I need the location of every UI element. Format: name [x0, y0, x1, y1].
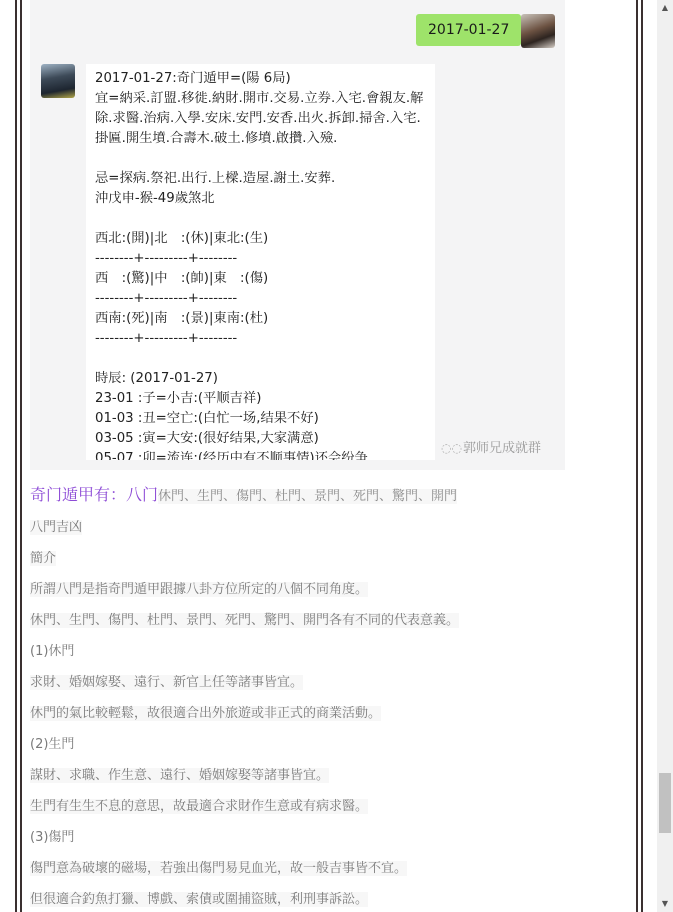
vertical-scrollbar[interactable]: ▲ ▼: [657, 0, 673, 912]
paragraph: 簡介: [30, 547, 56, 566]
received-message-bubble: 2017-01-27:奇门遁甲=(陽 6局) 宜=納采.訂盟.移徙.納財.開市.…: [86, 64, 435, 460]
paragraph: 求財、婚姻嫁娶、遠行、新官上任等諸事皆宜。: [30, 671, 303, 690]
paragraph: 八門吉凶: [30, 516, 82, 535]
paragraph: 但很適合釣魚打獵、博戲、索債或圍捕盜賊，利刑事訴訟。: [30, 888, 368, 907]
frame-border-right-inner: [636, 0, 638, 912]
paragraph: (1)休門: [30, 640, 74, 659]
scroll-down-arrow-icon[interactable]: ▼: [657, 898, 673, 910]
sent-message-bubble: 2017-01-27: [416, 14, 521, 46]
headline-rest: 休門、生門、傷門、杜門、景門、死門、驚門、開門: [158, 489, 457, 504]
sender-avatar: [521, 14, 555, 48]
watermark-text: 郭师兄成就群: [463, 441, 541, 456]
paragraph: (3)傷門: [30, 826, 74, 845]
frame-border-right-outer: [641, 0, 643, 912]
paragraph: (2)生門: [30, 733, 74, 752]
article-headline: 奇门遁甲有：八门休門、生門、傷門、杜門、景門、死門、驚門、開門: [30, 482, 457, 505]
headline-highlight: 奇门遁甲有：八门: [30, 485, 158, 504]
frame-border-left-outer: [15, 0, 17, 912]
scroll-thumb[interactable]: [659, 773, 671, 833]
paragraph: 生門有生生不息的意思，故最適合求財作生意或有病求醫。: [30, 795, 368, 814]
wechat-icon: ◌◌: [441, 441, 463, 455]
frame-border-left-inner: [20, 0, 22, 912]
received-message-text: 2017-01-27:奇门遁甲=(陽 6局) 宜=納采.訂盟.移徙.納財.開市.…: [95, 69, 430, 460]
paragraph: 傷門意為破壞的磁場，若強出傷門易見血光，故一般吉事皆不宜。: [30, 857, 407, 876]
watermark: ◌◌郭师兄成就群: [441, 437, 541, 456]
receiver-avatar: [41, 64, 75, 98]
paragraph: 休門、生門、傷門、杜門、景門、死門、驚門、開門各有不同的代表意義。: [30, 609, 459, 628]
scroll-up-arrow-icon[interactable]: ▲: [657, 2, 673, 14]
paragraph: 休門的氣比較輕鬆，故很適合出外旅遊或非正式的商業活動。: [30, 702, 381, 721]
paragraph: 所謂八門是指奇門遁甲跟據八卦方位所定的八個不同角度。: [30, 578, 368, 597]
paragraph: 謀財、求職、作生意、遠行、婚姻嫁娶等諸事皆宜。: [30, 764, 329, 783]
